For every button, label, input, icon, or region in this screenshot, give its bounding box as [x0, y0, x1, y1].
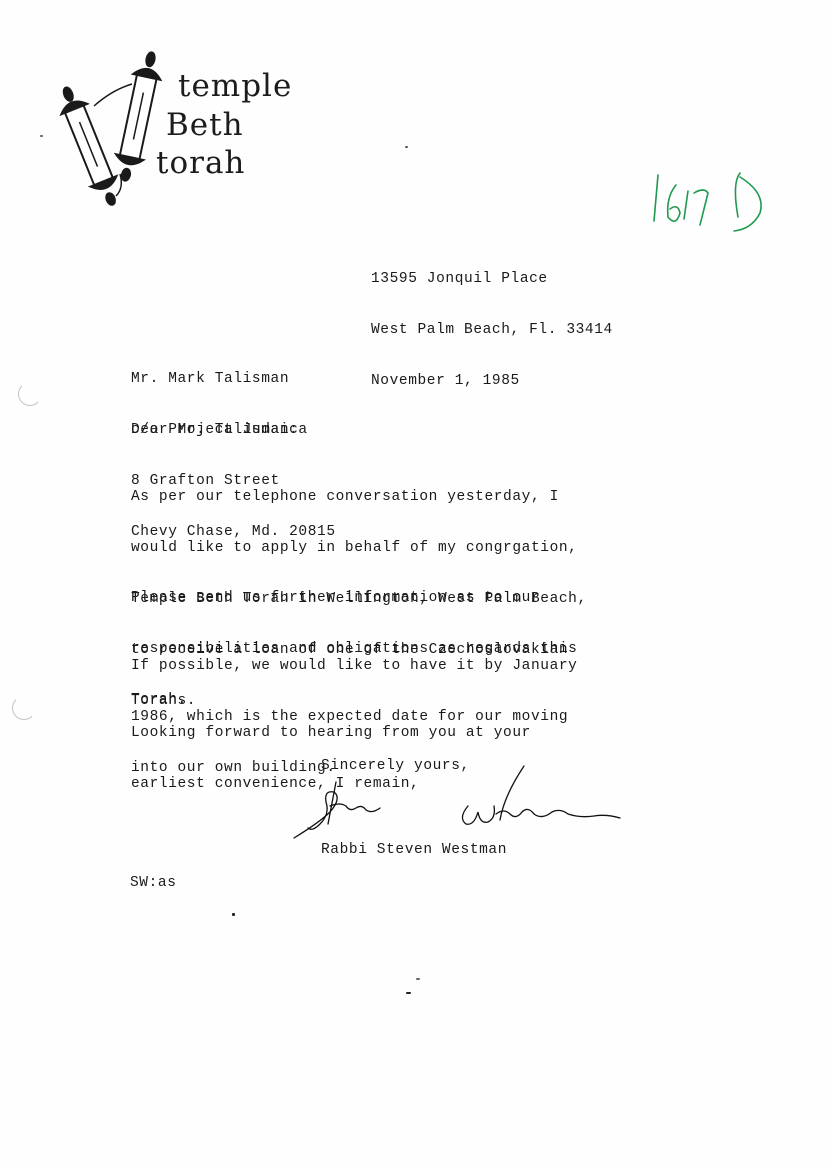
letter-page: temple Beth torah 13595 Jonquil Place We… [0, 0, 826, 1169]
handwritten-signature [290, 762, 630, 842]
letterhead-name-line: torah [156, 147, 245, 179]
body-line: As per our telephone conversation yester… [131, 489, 587, 506]
salutation: Dear Mr. Talisman: [131, 422, 298, 439]
letter-date: November 1, 1985 [371, 373, 613, 390]
punch-hole-mark [18, 382, 42, 406]
scan-speck [232, 913, 235, 916]
punch-hole-mark [12, 696, 36, 720]
scan-speck [406, 992, 411, 994]
scan-speck [405, 146, 408, 148]
body-line: Looking forward to hearing from you at y… [131, 725, 531, 742]
torah-scroll-icon [50, 48, 170, 218]
signer-name: Rabbi Steven Westman [321, 842, 507, 859]
body-line: If possible, we would like to have it by… [131, 658, 577, 675]
return-address: 13595 Jonquil Place West Palm Beach, Fl.… [371, 237, 613, 424]
body-line: would like to apply in behalf of my cong… [131, 540, 587, 557]
reference-initials: SW:as [130, 875, 177, 892]
recipient-line: Mr. Mark Talisman [131, 371, 336, 388]
scan-speck [40, 135, 43, 137]
body-line: Please send us further information as to… [131, 590, 577, 607]
scan-speck [416, 978, 420, 980]
return-address-line: 13595 Jonquil Place [371, 271, 613, 288]
letterhead-logo: temple Beth torah [50, 48, 330, 218]
letterhead-name-line: temple [178, 70, 292, 102]
letterhead-name-line: Beth [166, 109, 244, 141]
return-address-line: West Palm Beach, Fl. 33414 [371, 322, 613, 339]
handwritten-annotation [648, 163, 778, 235]
